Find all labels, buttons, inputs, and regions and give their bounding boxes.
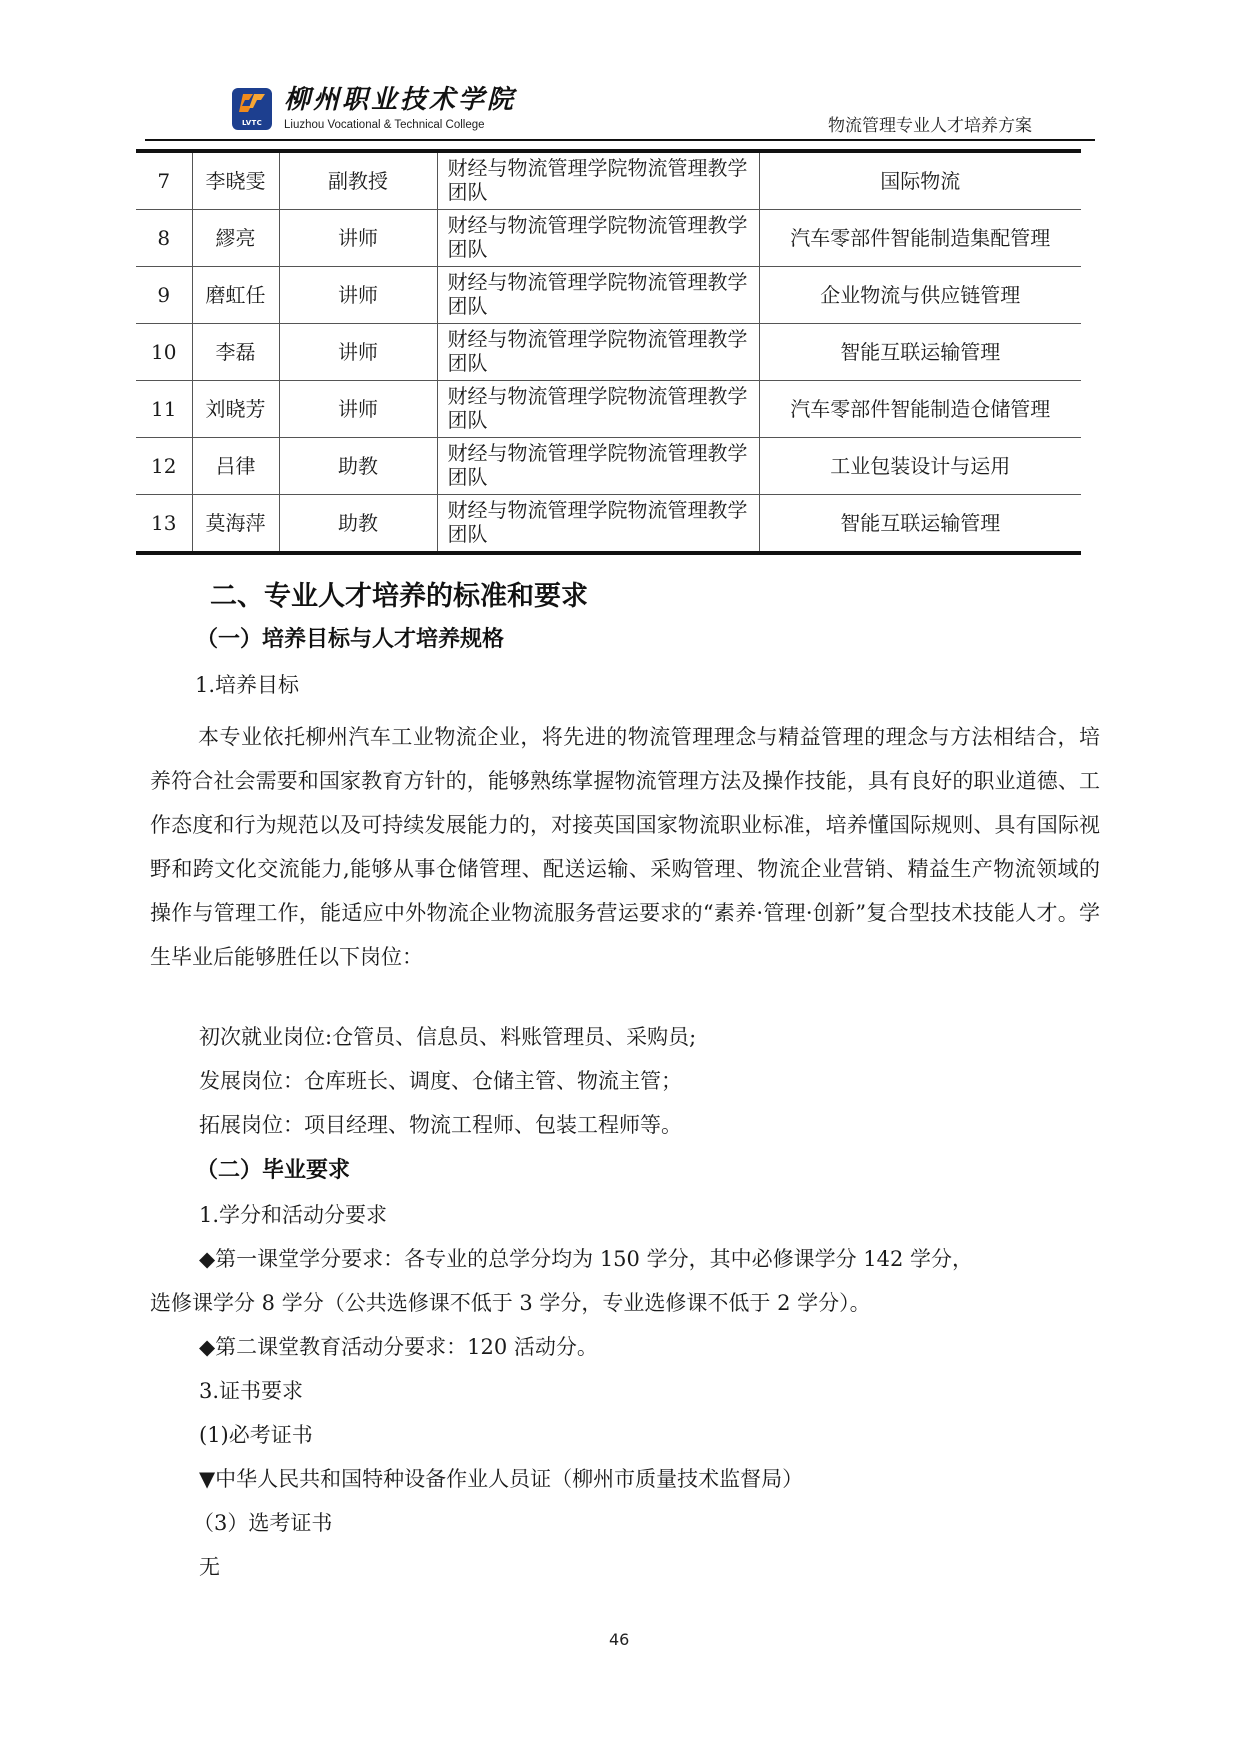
- cell-name: 李晓雯: [192, 151, 279, 210]
- jobs-initial: 初次就业岗位:仓管员、信息员、料账管理员、采购员;: [199, 1023, 696, 1051]
- cell-title: 助教: [279, 438, 437, 495]
- header-divider: [145, 139, 1095, 141]
- cell-direction: 企业物流与供应链管理: [759, 267, 1081, 324]
- cell-unit: 财经与物流管理学院物流管理教学团队: [437, 210, 759, 267]
- cell-direction: 工业包装设计与运用: [759, 438, 1081, 495]
- document-title: 物流管理专业人才培养方案: [828, 116, 1032, 136]
- cell-no: 13: [136, 495, 192, 554]
- cell-no: 12: [136, 438, 192, 495]
- cell-unit: 财经与物流管理学院物流管理教学团队: [437, 381, 759, 438]
- training-goal-paragraph: 本专业依托柳州汽车工业物流企业，将先进的物流管理理念与精益管理的理念与方法相结合…: [150, 715, 1100, 979]
- lvtc-logo-mark-icon: [239, 94, 265, 114]
- cell-title: 助教: [279, 495, 437, 554]
- cell-unit: 财经与物流管理学院物流管理教学团队: [437, 438, 759, 495]
- cell-name: 李磊: [192, 324, 279, 381]
- table-row: 10 李磊 讲师 财经与物流管理学院物流管理教学团队 智能互联运输管理: [136, 324, 1081, 381]
- jobs-develop: 发展岗位：仓库班长、调度、仓储主管、物流主管；: [199, 1067, 682, 1095]
- item-title-training-goal: 1.培养目标: [195, 671, 299, 699]
- cell-no: 8: [136, 210, 192, 267]
- cell-title: 讲师: [279, 381, 437, 438]
- table-row: 13 莫海萍 助教 财经与物流管理学院物流管理教学团队 智能互联运输管理: [136, 495, 1081, 554]
- cell-name: 繆亮: [192, 210, 279, 267]
- table-row: 11 刘晓芳 讲师 财经与物流管理学院物流管理教学团队 汽车零部件智能制造仓储管…: [136, 381, 1081, 438]
- table-row: 7 李晓雯 副教授 财经与物流管理学院物流管理教学团队 国际物流: [136, 151, 1081, 210]
- cell-title: 讲师: [279, 324, 437, 381]
- cell-name: 磨虹任: [192, 267, 279, 324]
- cell-no: 7: [136, 151, 192, 210]
- staff-table: 7 李晓雯 副教授 财经与物流管理学院物流管理教学团队 国际物流 8 繆亮 讲师…: [136, 149, 1081, 555]
- required-cert-title: (1)必考证书: [199, 1421, 313, 1449]
- cell-name: 刘晓芳: [192, 381, 279, 438]
- cell-direction: 智能互联运输管理: [759, 495, 1081, 554]
- activity-requirement: ◆第二课堂教育活动分要求：120 活动分。: [199, 1333, 598, 1361]
- credit-requirement-line2: 选修课学分 8 学分（公共选修课不低于 3 学分，专业选修课不低于 2 学分）。: [150, 1289, 871, 1317]
- cell-direction: 汽车零部件智能制造集配管理: [759, 210, 1081, 267]
- cell-no: 10: [136, 324, 192, 381]
- credit-requirement-line1: ◆第一课堂学分要求：各专业的总学分均为 150 学分，其中必修课学分 142 学…: [199, 1245, 973, 1273]
- optional-cert-title: （3）选考证书: [193, 1509, 332, 1537]
- table-row: 12 吕律 助教 财经与物流管理学院物流管理教学团队 工业包装设计与运用: [136, 438, 1081, 495]
- cell-unit: 财经与物流管理学院物流管理教学团队: [437, 151, 759, 210]
- cell-unit: 财经与物流管理学院物流管理教学团队: [437, 495, 759, 554]
- item-title-certificates: 3.证书要求: [199, 1377, 303, 1405]
- table-row: 8 繆亮 讲师 财经与物流管理学院物流管理教学团队 汽车零部件智能制造集配管理: [136, 210, 1081, 267]
- cell-direction: 智能互联运输管理: [759, 324, 1081, 381]
- cell-name: 莫海萍: [192, 495, 279, 554]
- college-logo: LVTC: [232, 88, 272, 130]
- school-name-en: Liuzhou Vocational & Technical College: [284, 118, 485, 132]
- cell-title: 讲师: [279, 267, 437, 324]
- required-cert-item: ▼中华人民共和国特种设备作业人员证（柳州市质量技术监督局）: [199, 1465, 803, 1493]
- table-row: 9 磨虹任 讲师 财经与物流管理学院物流管理教学团队 企业物流与供应链管理: [136, 267, 1081, 324]
- cell-no: 11: [136, 381, 192, 438]
- cell-direction: 国际物流: [759, 151, 1081, 210]
- logo-text: LVTC: [232, 119, 272, 127]
- section-heading: 二、专业人才培养的标准和要求: [210, 580, 588, 614]
- jobs-extend: 拓展岗位：项目经理、物流工程师、包装工程师等。: [199, 1111, 682, 1139]
- school-name-cn: 柳州职业技术学院: [284, 86, 516, 114]
- cell-title: 副教授: [279, 151, 437, 210]
- cell-no: 9: [136, 267, 192, 324]
- cell-unit: 财经与物流管理学院物流管理教学团队: [437, 267, 759, 324]
- item-title-credits: 1.学分和活动分要求: [199, 1201, 387, 1229]
- cell-name: 吕律: [192, 438, 279, 495]
- page-number: 46: [609, 1630, 629, 1649]
- cell-unit: 财经与物流管理学院物流管理教学团队: [437, 324, 759, 381]
- optional-cert-value: 无: [199, 1553, 220, 1581]
- cell-title: 讲师: [279, 210, 437, 267]
- cell-direction: 汽车零部件智能制造仓储管理: [759, 381, 1081, 438]
- subsection-heading-2: （二）毕业要求: [196, 1156, 350, 1186]
- subsection-heading-1: （一）培养目标与人才培养规格: [196, 625, 504, 655]
